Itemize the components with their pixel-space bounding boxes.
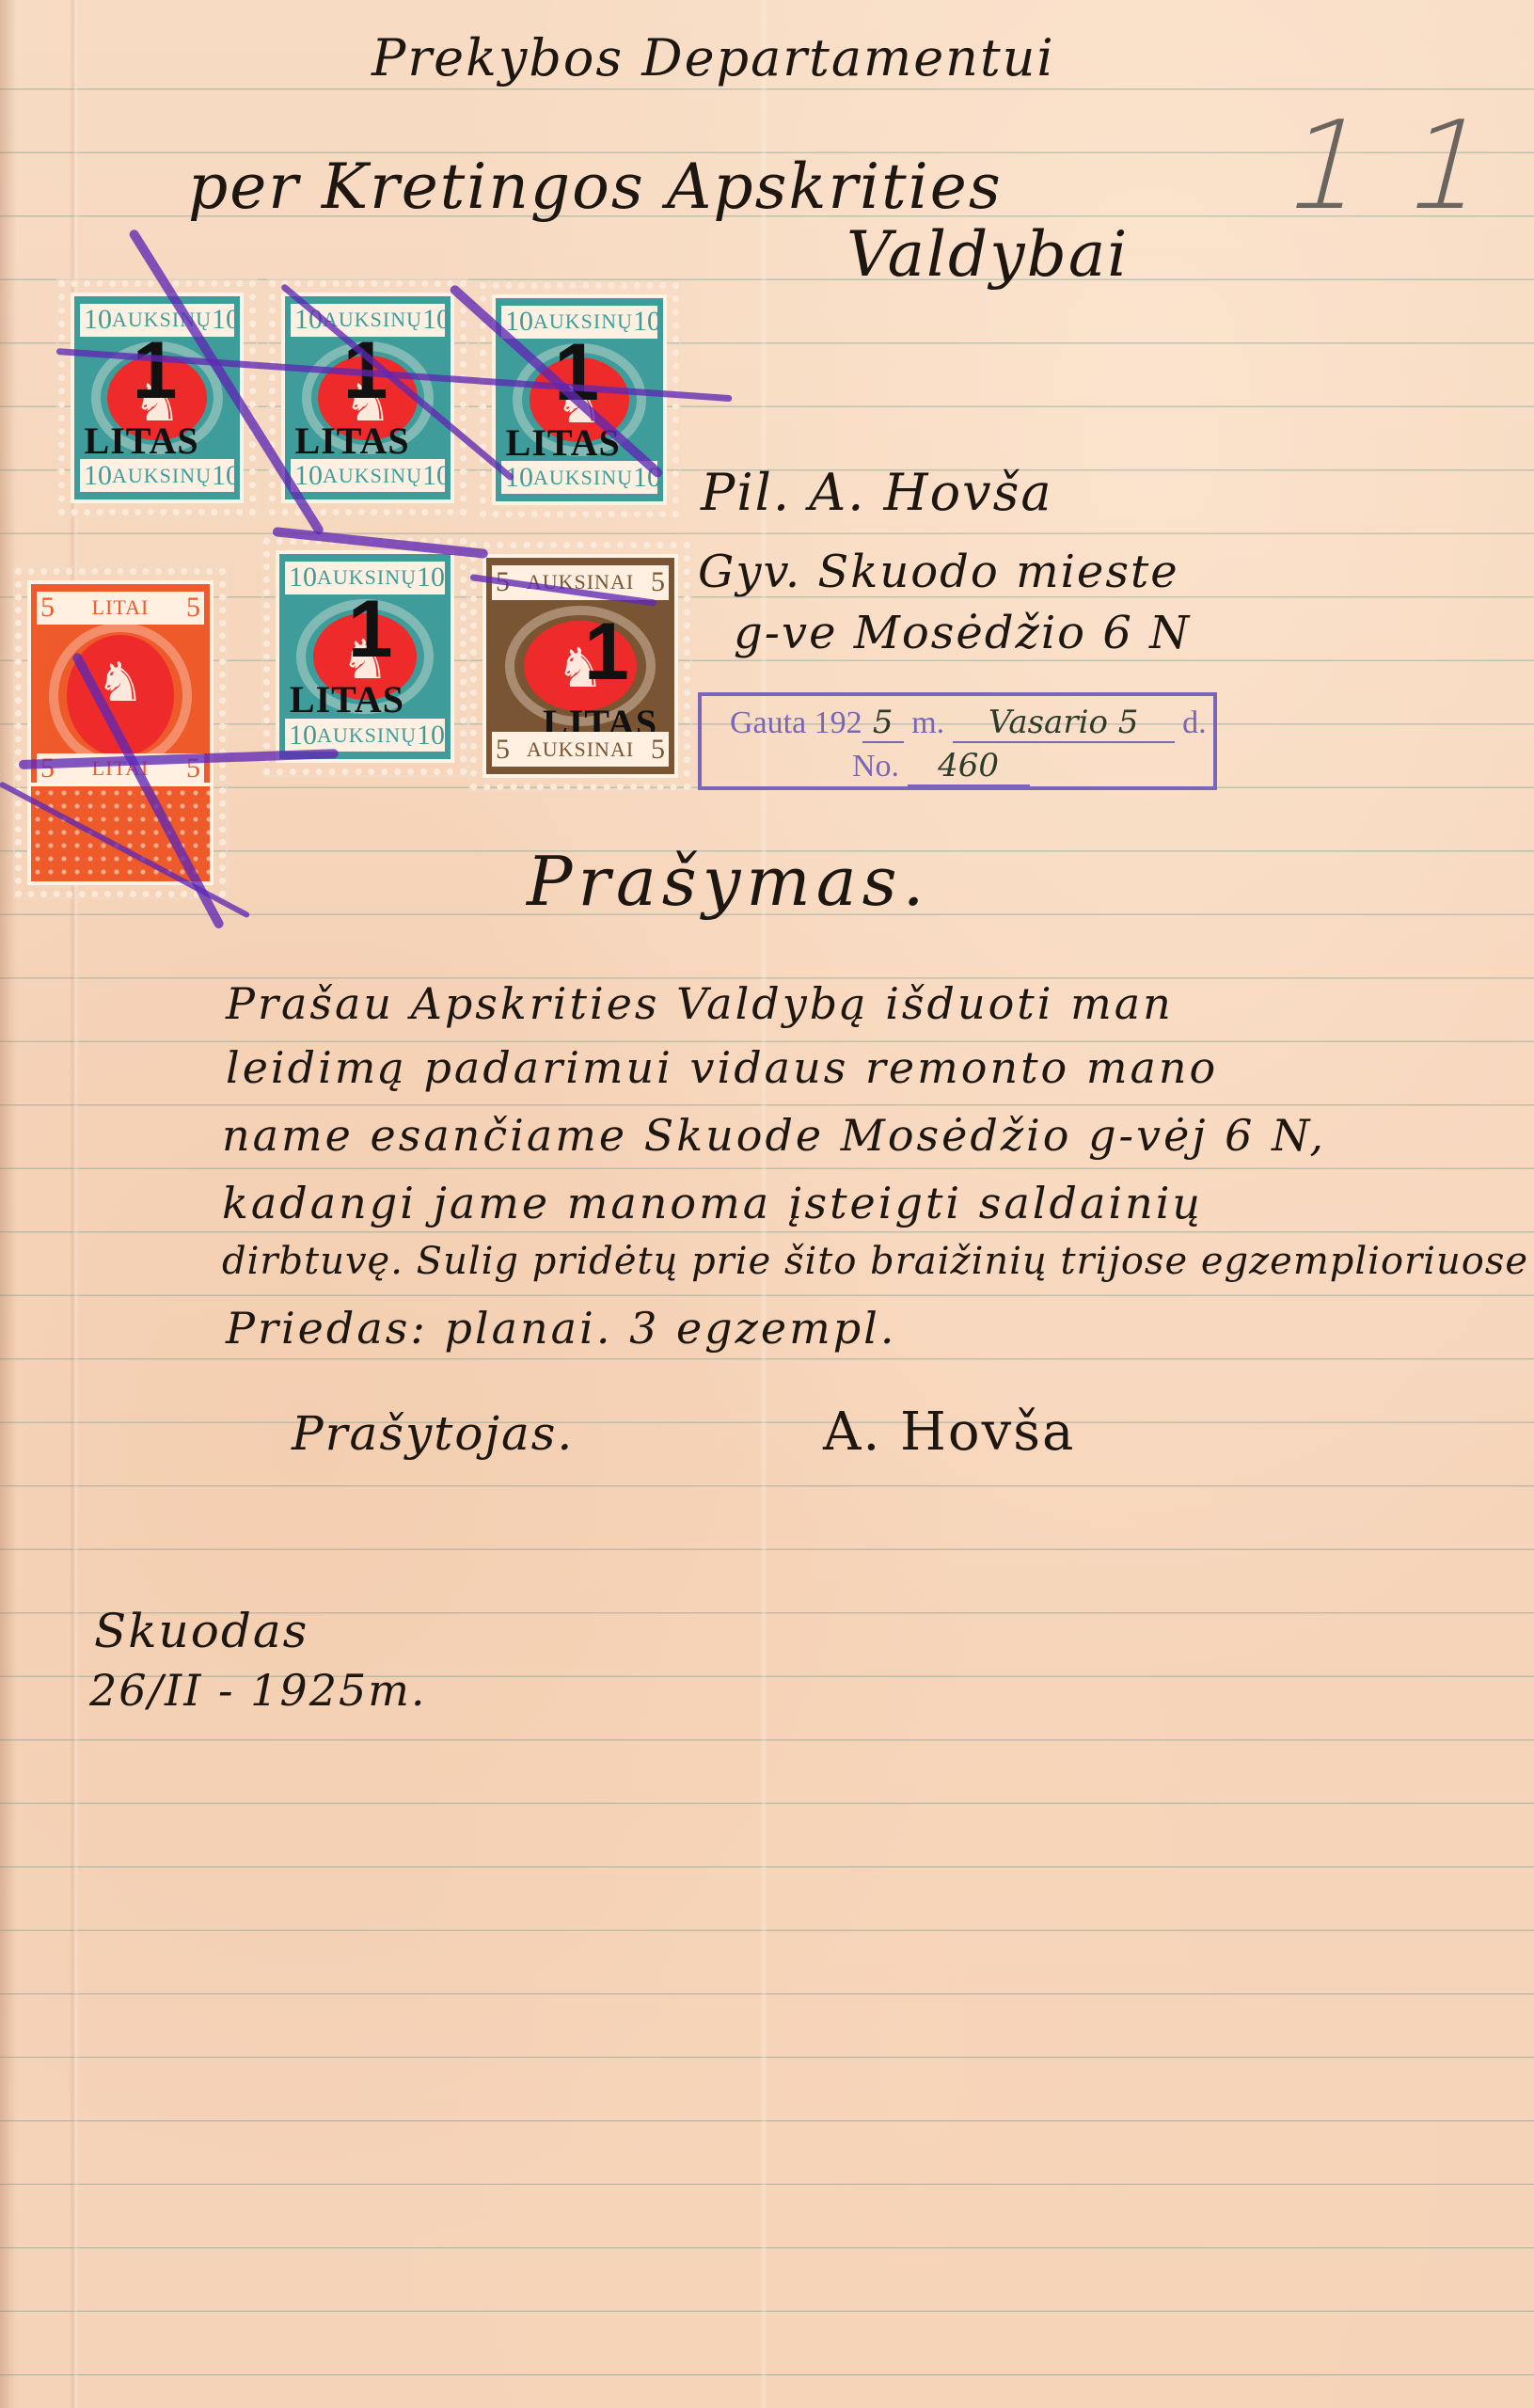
revenue-stamp: 10AUKSINŲ10 ♞ 1 LITAS 10AUKSINŲ10 <box>58 280 256 515</box>
pencil-folio-mark: 1 1 <box>1271 94 1507 237</box>
vytis-knight-icon: ♞ <box>486 636 674 700</box>
addressee-line-3: Valdybai <box>846 218 1129 291</box>
overprint-value: 1 <box>133 325 178 418</box>
revenue-stamp: 10AUKSINŲ10 ♞ 1 LITAS 10AUKSINŲ10 <box>263 538 467 775</box>
overprint-value: 1 <box>584 606 629 699</box>
signature-label: Prašytojas. <box>292 1406 574 1461</box>
body-line: dirbtuvę. Sulig pridėtų prie šito braiži… <box>222 1240 1528 1283</box>
addressee-line-1: Prekybos Departamentui <box>372 28 1055 87</box>
overprint-value: 1 <box>348 583 393 676</box>
paper-left-edge <box>0 0 17 2408</box>
received-month-day: Vasario 5 <box>953 704 1175 743</box>
received-number: 460 <box>908 747 1030 786</box>
overprint-unit: LITAS <box>290 677 404 721</box>
body-line: name esančiame Skuode Mosėdžio g-vėj 6 N… <box>222 1110 1326 1161</box>
sender-residence: Gyv. Skuodo mieste <box>698 546 1179 598</box>
vytis-knight-icon: ♞ <box>31 650 210 714</box>
body-line: kadangi jame manoma įsteigti saldainių <box>222 1178 1203 1228</box>
document-title: Prašymas. <box>527 842 929 921</box>
received-number-label: No. <box>852 749 899 784</box>
overprint-unit: LITAS <box>85 419 199 463</box>
body-line: leidimą padarimui vidaus remonto mano <box>226 1042 1218 1093</box>
overprint-unit: LITAS <box>295 419 410 463</box>
received-label: Gauta 192 <box>730 705 862 740</box>
revenue-stamp: 10AUKSINŲ10 ♞ 1 LITAS 10AUKSINŲ10 <box>269 280 467 515</box>
addressee-line-2: per Kretingos Apskrities <box>188 150 1003 223</box>
sender-street: g-ve Mosėdžio 6 N <box>734 607 1191 659</box>
body-line: Prašau Apskrities Valdybą išduoti man <box>226 978 1174 1029</box>
signature: A. Hovša <box>823 1402 1075 1463</box>
date: 26/II - 1925m. <box>89 1665 426 1716</box>
place: Skuodas <box>94 1604 308 1658</box>
attachment-line: Priedas: planai. 3 egzempl. <box>226 1303 896 1354</box>
received-year: 5 <box>862 704 904 743</box>
received-stamp-box: Gauta 1925 m. Vasario 5 d. No. 460 <box>698 692 1217 790</box>
sender-name: Pil. A. Hovša <box>701 463 1053 522</box>
